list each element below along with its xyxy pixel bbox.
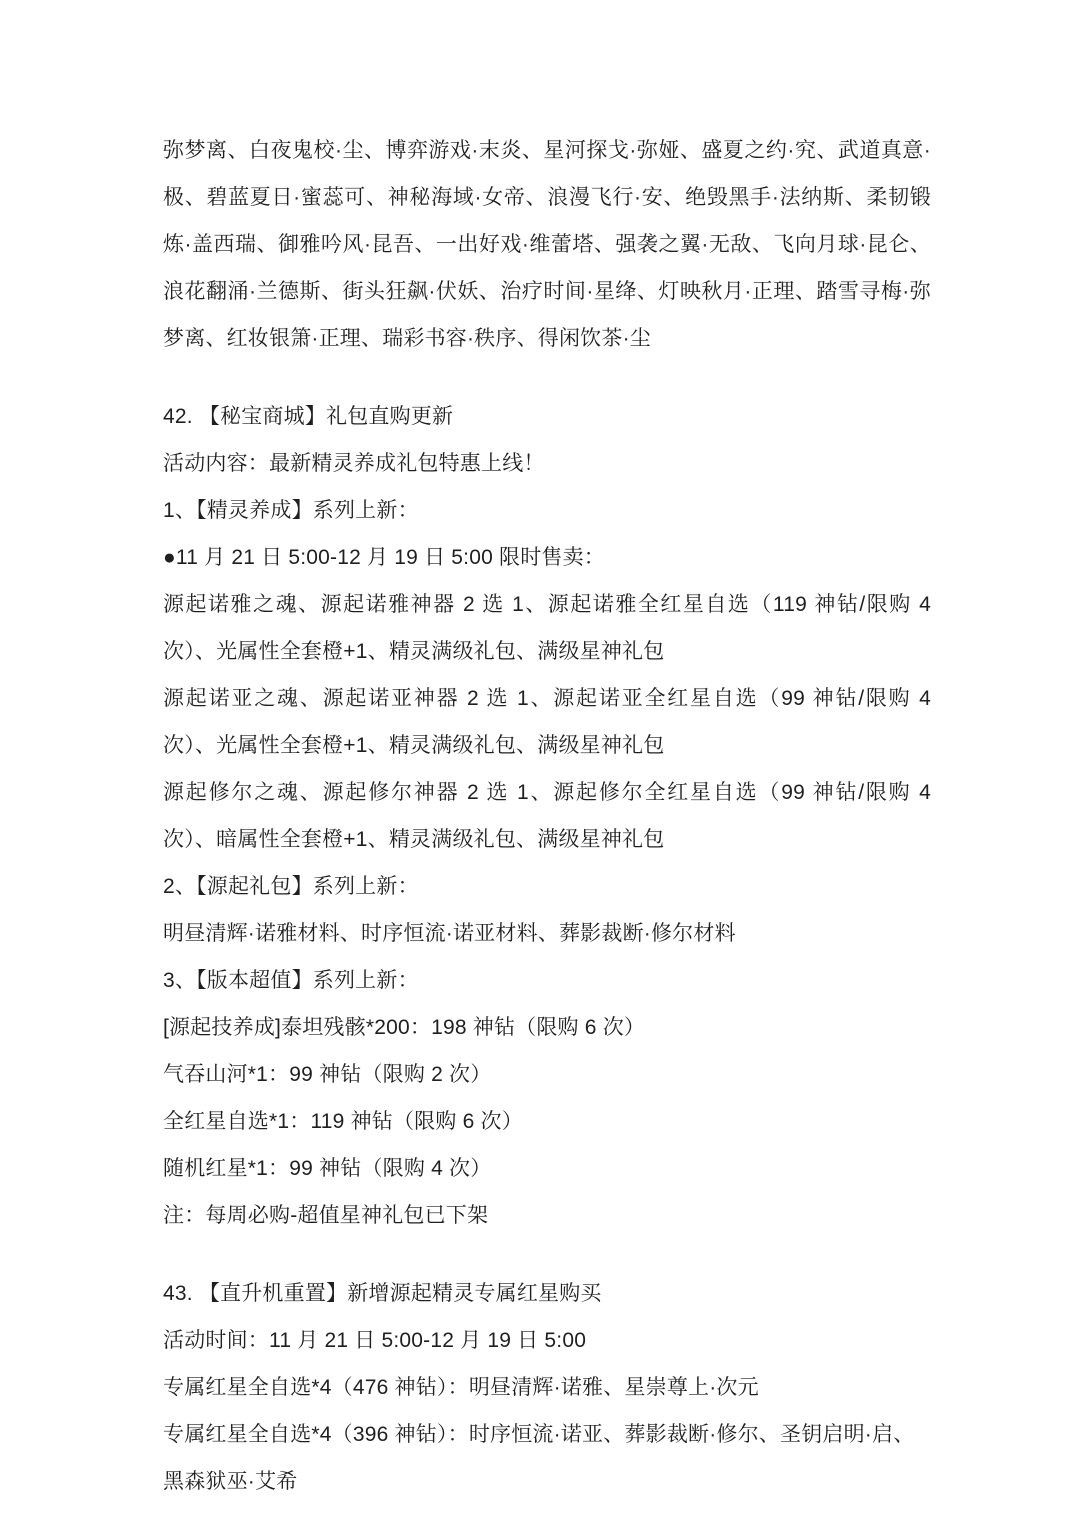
spirit-name-list-paragraph: 弥梦离、白夜鬼校·尘、博弈游戏·末炎、星河探戈·弥娅、盛夏之约·究、武道真意·极… (163, 127, 931, 362)
qitun-shanhe-offer-line: 气吞山河*1：99 神钻（限购 2 次） (163, 1051, 931, 1098)
series-1-spirit-growth-heading: 1、【精灵养成】系列上新： (163, 487, 931, 534)
limited-sale-period-bullet: ●11 月 21 日 5:00-12 月 19 日 5:00 限时售卖： (163, 534, 931, 581)
section-43-activity-time: 活动时间：11 月 21 日 5:00-12 月 19 日 5:00 (163, 1317, 931, 1364)
exclusive-red-star-476-line: 专属红星全自选*4（476 神钻）：明昼清辉·诺雅、星崇尊上·次元 (163, 1364, 931, 1411)
all-red-star-offer-line: 全红星自选*1：119 神钻（限购 6 次） (163, 1098, 931, 1145)
section-42-activity-content: 活动内容：最新精灵养成礼包特惠上线！ (163, 440, 931, 487)
titan-remains-offer-line: [源起技养成]泰坦残骸*200：198 神钻（限购 6 次） (163, 1004, 931, 1051)
origin-pack-materials-line: 明昼清辉·诺雅材料、时序恒流·诺亚材料、葬影裁断·修尔材料 (163, 910, 931, 957)
origin-noya-pack-line: 源起诺雅之魂、源起诺雅神器 2 选 1、源起诺雅全红星自选（119 神钻/限购 … (163, 581, 931, 675)
document-page: 弥梦离、白夜鬼校·尘、博弈游戏·末炎、星河探戈·弥娅、盛夏之约·究、武道真意·极… (0, 0, 1080, 1527)
document-text-body: 弥梦离、白夜鬼校·尘、博弈游戏·末炎、星河探戈·弥娅、盛夏之约·究、武道真意·极… (163, 127, 931, 1505)
origin-xiuer-pack-line: 源起修尔之魂、源起修尔神器 2 选 1、源起修尔全红星自选（99 神钻/限购 4… (163, 769, 931, 863)
random-red-star-offer-line: 随机红星*1：99 神钻（限购 4 次） (163, 1145, 931, 1192)
origin-noah-pack-line: 源起诺亚之魂、源起诺亚神器 2 选 1、源起诺亚全红星自选（99 神钻/限购 4… (163, 675, 931, 769)
exclusive-red-star-396-line: 专属红星全自选*4（396 神钻）：时序恒流·诺亚、葬影裁断·修尔、圣钥启明·启… (163, 1411, 931, 1505)
series-2-origin-pack-heading: 2、【源起礼包】系列上新： (163, 863, 931, 910)
section-43-heading: 43. 【直升机重置】新增源起精灵专属红星购买 (163, 1270, 931, 1317)
weekly-pack-removed-note: 注：每周必购-超值星神礼包已下架 (163, 1192, 931, 1239)
series-3-version-value-heading: 3、【版本超值】系列上新： (163, 957, 931, 1004)
section-42-heading: 42. 【秘宝商城】礼包直购更新 (163, 393, 931, 440)
